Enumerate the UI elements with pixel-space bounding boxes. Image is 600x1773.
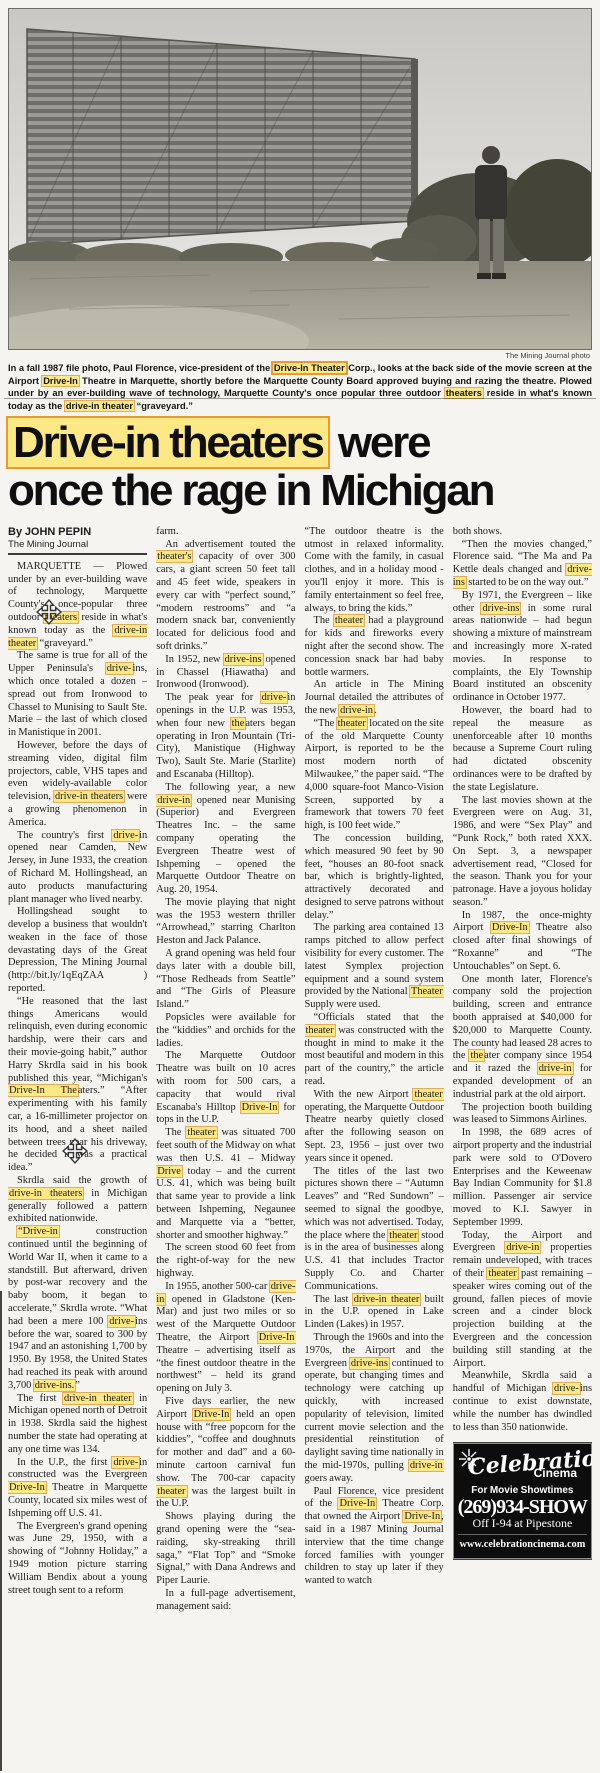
text-run: ins, which once totaled a dozen – spread… [8, 663, 147, 738]
text-run: capacity of over 300 cars, a giant scree… [156, 551, 295, 652]
text-run: The screen stood 60 feet from the right-… [156, 1242, 295, 1279]
text-run: However, the board had to repeal the mea… [453, 705, 592, 793]
article-paragraph: An advertisement touted the theater's ca… [156, 539, 295, 654]
text-run: An advertisement touted the [165, 539, 295, 550]
article-paragraph: The country's first drive-in opened near… [8, 830, 147, 907]
text-run: Supply were used. [305, 999, 381, 1010]
search-highlight: Drive-In [42, 376, 79, 386]
article-paragraph: both shows. [453, 526, 592, 539]
search-highlight: drive-in [505, 1242, 540, 1253]
article-paragraph: A grand opening was held four days later… [156, 948, 295, 1012]
ad-location: Off I-94 at Pipestone [458, 1517, 587, 1530]
text-run: “The [314, 718, 337, 729]
article-paragraph: In 1987, the once-mighty Airport Drive-I… [453, 910, 592, 974]
article-paragraph: “Drive-in construction continued until t… [8, 1226, 147, 1392]
text-run: opened near Munising (Superior) and Ever… [156, 795, 295, 896]
headline: Drive-in theaters were once the rage in … [8, 419, 592, 516]
search-highlight: drive- [261, 692, 288, 703]
text-run: With the new Airport [314, 1089, 414, 1100]
article-paragraph: The concession building, which measured … [305, 833, 444, 923]
search-highlight: drive- [112, 1457, 139, 1468]
text-run: The [165, 1127, 186, 1138]
move-cursor-icon [62, 1138, 88, 1164]
text-run: construction continued until the beginni… [8, 1226, 147, 1327]
article-paragraph: In 1998, the 689 acres of airport proper… [453, 1127, 592, 1229]
article-paragraph: The following year, a new drive-in opene… [156, 782, 295, 897]
text-run: held an open house with “free popcorn fo… [156, 1409, 295, 1484]
text-run: “graveyard.” [37, 638, 93, 649]
text-run: operating, the Marquette Outdoor Theatre… [305, 1102, 444, 1164]
search-highlight: theater [156, 1486, 186, 1497]
article-paragraph: The first drive-in theater in Michigan o… [8, 1393, 147, 1457]
article-paragraph: Five days earlier, the new Airport Drive… [156, 1396, 295, 1511]
article-paragraph: The titles of the last two pictures show… [305, 1166, 444, 1294]
page-edge-line [0, 1291, 2, 1771]
search-highlight: drive-ins [350, 1358, 389, 1369]
text-run: The movie playing that night was the 195… [156, 897, 295, 946]
article-paragraph: “The theater located on the site of the … [305, 718, 444, 833]
article-paragraph: The projection booth building was leased… [453, 1102, 592, 1128]
article-paragraph: “Then the movies changed,” Florence said… [453, 539, 592, 590]
search-highlight: the [469, 1050, 484, 1061]
article-paragraph: With the new Airport theater operating, … [305, 1089, 444, 1166]
text-run: In a full-page advertisement, management… [156, 1588, 295, 1612]
article-paragraph: The screen stood 60 feet from the right-… [156, 1242, 295, 1280]
ad-website-link[interactable]: www.celebrationcinema.com [458, 1534, 587, 1552]
search-highlight: drive-in [409, 1460, 444, 1471]
search-highlight: drive- [553, 1383, 580, 1394]
search-highlight: Drive-In [403, 1511, 441, 1522]
text-run: Theatre – advertising itself as “the fin… [156, 1345, 295, 1394]
text-run: in some rural areas nationwide – had beg… [453, 603, 592, 704]
text-run: The following year, a new [165, 782, 295, 793]
ad-phone-number: (269)934-SHOW [458, 1501, 587, 1514]
photo-caption: In a fall 1987 file photo, Paul Florence… [8, 362, 592, 412]
article-column-2: farm.An advertisement touted the theater… [156, 526, 295, 1760]
search-highlight: theater's [156, 551, 192, 562]
text-run: , said in a 1987 Mining Journal intervie… [305, 1511, 444, 1586]
text-run: The country's first [17, 830, 112, 841]
headline-search-highlight: Drive-in theaters [8, 418, 328, 467]
search-highlight: theater [337, 718, 367, 729]
search-highlight: Drive-In The [8, 1085, 78, 1096]
text-run: goers away. [305, 1473, 354, 1484]
text-run: past remaining – speaker wires coming ou… [453, 1268, 592, 1369]
article-paragraph: The Marquette Outdoor Theatre was built … [156, 1050, 295, 1127]
search-highlight: drive-in theater [63, 1393, 133, 1404]
ad-brand-name: Celebration!* [467, 1450, 587, 1474]
text-run: started to be on the way out.” [466, 577, 589, 588]
text-run: located on the site of the old Marquette… [305, 718, 444, 831]
text-run: The Evergreen's grand opening was June 2… [8, 1521, 147, 1596]
article-paragraph: The movie playing that night was the 195… [156, 897, 295, 948]
text-run: . [374, 705, 377, 716]
headline-line2: once the rage in Michigan [8, 466, 493, 515]
article-paragraph: In a full-page advertisement, management… [156, 1588, 295, 1614]
article-column-3: “The outdoor theatre is the utmost in re… [305, 526, 444, 1760]
article-paragraph: The parking area contained 13 ramps pitc… [305, 922, 444, 1012]
scan-fold-line [4, 398, 596, 399]
article-paragraph: However, before the days of streaming vi… [8, 740, 147, 830]
article-paragraph: Meanwhile, Skrdla said a handful of Mich… [453, 1370, 592, 1434]
text-run: “graveyard.” [134, 401, 193, 411]
search-highlight: drive-in theater [65, 401, 134, 411]
article-paragraph: Paul Florence, vice president of the Dri… [305, 1486, 444, 1588]
article-body: By JOHN PEPIN The Mining Journal MARQUET… [0, 526, 600, 1760]
headline-text: were [328, 418, 430, 467]
text-run: Hollingshead sought to develop a busines… [8, 906, 147, 994]
article-paragraph: Today, the Airport and Evergreen drive-i… [453, 1230, 592, 1371]
search-highlight: drive-in theaters [54, 791, 124, 802]
text-run: A grand opening was held four days later… [156, 948, 295, 1010]
search-highlight: theater [186, 1127, 216, 1138]
article-paragraph: “The outdoor theatre is the utmost in re… [305, 526, 444, 616]
article-paragraph: The peak year for drive-in openings in t… [156, 692, 295, 782]
article-paragraph: One month later, Florence's company sold… [453, 974, 592, 1102]
search-highlight: Theater [410, 986, 444, 997]
text-run: farm. [156, 526, 178, 537]
search-highlight: Drive-In [491, 922, 529, 933]
text-run: In 1952, new [165, 654, 223, 665]
search-highlight: Drive-In Theater [273, 363, 346, 373]
article-paragraph: In the U.P., the first drive-in construc… [8, 1457, 147, 1521]
article-paragraph: Through the 1960s and into the 1970s, th… [305, 1332, 444, 1486]
drive-in-screen-photo [9, 9, 592, 349]
text-run: Shows playing during the grand opening w… [156, 1511, 295, 1586]
newspaper-page: The Mining Journal photo In a fall 1987 … [0, 8, 600, 1773]
text-run: The first [17, 1393, 63, 1404]
search-highlight: theater [487, 1268, 517, 1279]
search-highlight: drive-ins [224, 654, 263, 665]
search-highlight: Drive-In [193, 1409, 231, 1420]
byline-source: The Mining Journal [8, 539, 147, 553]
search-highlight: theater [388, 1230, 418, 1241]
search-highlight: drive-in [339, 705, 374, 716]
article-paragraph: However, the board had to repeal the mea… [453, 705, 592, 795]
search-highlight: drive-in [538, 1063, 573, 1074]
search-highlight: drive-in theater [353, 1294, 421, 1305]
text-run: “Officials stated that the [314, 1012, 444, 1023]
article-paragraph: The theater had a playground for kids an… [305, 615, 444, 679]
search-highlight: Drive [156, 1166, 182, 1177]
article-paragraph: Skrdla said the growth of drive-in theat… [8, 1175, 147, 1226]
article-paragraph: An article in The Mining Journal detaile… [305, 679, 444, 717]
article-paragraph: Popsicles were available for the “kiddie… [156, 1012, 295, 1050]
text-run: ” [75, 1380, 80, 1391]
search-highlight: the [231, 718, 246, 729]
article-paragraph: MARQUETTE — Plowed under by an ever-buil… [8, 561, 147, 651]
search-highlight: drive- [106, 663, 133, 674]
text-run: The last [314, 1294, 353, 1305]
search-highlight: drive- [108, 1316, 135, 1327]
search-highlight: Drive-In [8, 1482, 46, 1493]
text-run: The concession building, which measured … [305, 833, 444, 921]
article-paragraph: The theater was situated 700 feet south … [156, 1127, 295, 1242]
text-run: “He reasoned that the last things Americ… [8, 996, 147, 1084]
search-highlight: Drive-In [258, 1332, 296, 1343]
article-paragraph: The same is true for all of the Upper Pe… [8, 650, 147, 740]
byline-rule [8, 553, 147, 555]
search-highlight: drive-ins. [34, 1380, 76, 1391]
search-highlight: drive-in [156, 795, 191, 806]
search-highlight: theaters [445, 388, 483, 398]
search-highlight: Drive-In [241, 1102, 279, 1113]
article-paragraph: In 1952, new drive-ins opened in Chassel… [156, 654, 295, 692]
text-run: The [314, 615, 334, 626]
text-run: The projection booth building was leased… [453, 1102, 592, 1126]
article-column-4: both shows.“Then the movies changed,” Fl… [453, 526, 592, 1760]
text-run: both shows. [453, 526, 502, 537]
article-paragraph: By 1971, the Evergreen – like other driv… [453, 590, 592, 705]
text-run: In 1998, the 689 acres of airport proper… [453, 1127, 592, 1228]
text-run: The last movies shown at the Evergreen w… [453, 795, 592, 908]
byline: By JOHN PEPIN [8, 526, 147, 539]
search-highlight: theater [334, 615, 364, 626]
text-run: One month later, Florence's company sold… [453, 974, 592, 1062]
article-paragraph: Hollingshead sought to develop a busines… [8, 906, 147, 996]
text-run: continued to operate, but changing times… [305, 1358, 444, 1471]
move-cursor-icon [36, 599, 62, 625]
article-paragraph: The Evergreen's grand opening was June 2… [8, 1521, 147, 1598]
cinema-ad[interactable]: Celebration!* Cinema For Movie Showtimes… [453, 1443, 592, 1559]
text-run: In the U.P., the first [17, 1457, 112, 1468]
search-highlight: “Drive-in [17, 1226, 59, 1237]
photo-credit: The Mining Journal photo [10, 351, 590, 360]
search-highlight: theater [413, 1089, 443, 1100]
search-highlight: drive- [112, 830, 139, 841]
article-paragraph: In 1955, another 500-car drive-in opened… [156, 1281, 295, 1396]
article-paragraph: The last movies shown at the Evergreen w… [453, 795, 592, 910]
search-highlight: drive-in theaters [8, 1188, 83, 1199]
search-highlight: drive-ins [481, 603, 520, 614]
text-run: In a fall 1987 file photo, Paul Florence… [8, 363, 273, 373]
search-highlight: Drive-In [338, 1498, 376, 1509]
article-paragraph: farm. [156, 526, 295, 539]
article-paragraph: Shows playing during the grand opening w… [156, 1511, 295, 1588]
text-run: Popsicles were available for the “kiddie… [156, 1012, 295, 1049]
text-run: The peak year for [165, 692, 260, 703]
article-paragraph: “Officials stated that the theater was c… [305, 1012, 444, 1089]
article-paragraph: The last drive-in theater built in the U… [305, 1294, 444, 1332]
text-run: “The outdoor theatre is the utmost in re… [305, 526, 444, 614]
article-photo [8, 8, 592, 350]
text-run: Skrdla said the growth of [17, 1175, 147, 1186]
search-highlight: theater [305, 1025, 335, 1036]
text-run: In 1955, another 500-car [165, 1281, 269, 1292]
